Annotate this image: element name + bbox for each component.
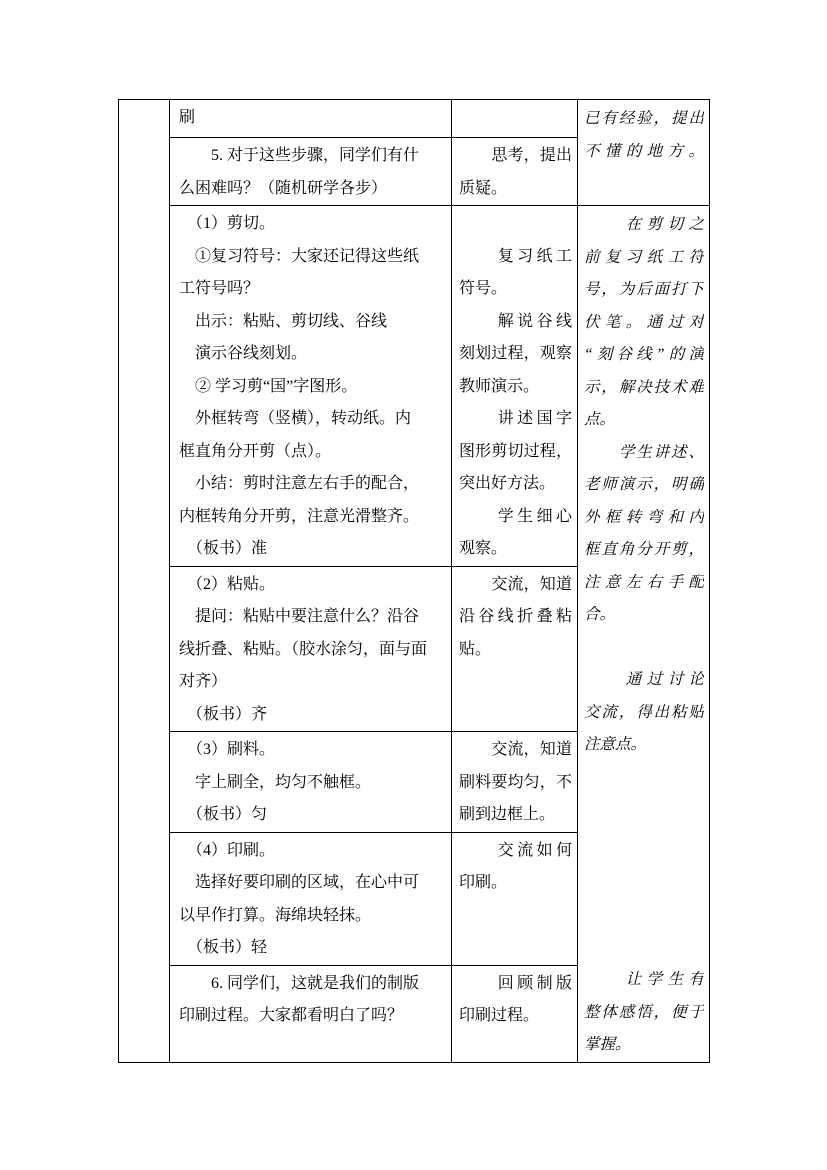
design-intent-main-container: 在剪切之前复习纸工符号，为后面打下伏笔。通过对“刻谷线”的演示，解决技术难点。 … [578,206,709,1052]
cell-student-row7: 回顾制版印刷过程。 [452,965,578,1062]
teaching-row2-text: 5. 对于这些步骤，同学们有什么困难吗？（随机研学各步） [170,138,451,205]
cell-student-row5: 交流，知道刷料要均匀，不刷到边框上。 [452,732,578,833]
cell-teaching-row1: 刷 [170,100,452,138]
cell-teaching-row5: （3）刷料。 字上刷全，均匀不触框。 （板书）匀 [170,732,452,833]
design-intent-bottom-text: 让学生有整体感悟，便于掌握。 [578,961,709,1062]
document-page: 刷 已有经验，提出不懂的地方。 5. 对于这些步骤，同学们有什么困难吗？（随机研… [0,0,827,1170]
student-row3-text: 复习纸工符号。 解说谷线刻划过程，观察教师演示。 讲述国字图形剪切过程，突出好方… [452,206,577,566]
lesson-plan-table: 刷 已有经验，提出不懂的地方。 5. 对于这些步骤，同学们有什么困难吗？（随机研… [118,99,710,1063]
cell-left-margin-column [119,100,170,1063]
cell-student-row1 [452,100,578,138]
cell-design-intent-main: 在剪切之前复习纸工符号，为后面打下伏笔。通过对“刻谷线”的演示，解决技术难点。 … [578,206,710,1063]
student-row6-text: 交流如何印刷。 [452,833,577,900]
cell-student-row4: 交流，知道沿谷线折叠粘贴。 [452,566,578,732]
cell-design-intent-top: 已有经验，提出不懂的地方。 [578,100,710,206]
student-row4-text: 交流，知道沿谷线折叠粘贴。 [452,567,577,667]
teaching-row6-text: （4）印刷。 选择好要印刷的区域，在心中可以早作打算。海绵块轻抹。 （板书）轻 [170,833,451,965]
teaching-row3-text: （1）剪切。 ①复习符号：大家还记得这些纸工符号吗？ 出示：粘贴、剪切线、谷线 … [170,206,451,566]
cell-teaching-row7: 6. 同学们，这就是我们的制版印刷过程。大家都看明白了吗？ [170,965,452,1062]
cell-teaching-row4: （2）粘贴。 提问：粘贴中要注意什么？沿谷线折叠、粘贴。（胶水涂匀，面与面对齐）… [170,566,452,732]
cell-teaching-row2: 5. 对于这些步骤，同学们有什么困难吗？（随机研学各步） [170,138,452,206]
student-row2-text: 思考，提出质疑。 [452,138,577,205]
cell-teaching-row3: （1）剪切。 ①复习符号：大家还记得这些纸工符号吗？ 出示：粘贴、剪切线、谷线 … [170,206,452,567]
student-row7-text: 回顾制版印刷过程。 [452,966,577,1033]
cell-student-row2: 思考，提出质疑。 [452,138,578,206]
teaching-row7-text: 6. 同学们，这就是我们的制版印刷过程。大家都看明白了吗？ [170,966,451,1033]
student-row1-text [452,100,577,102]
teaching-row4-text: （2）粘贴。 提问：粘贴中要注意什么？沿谷线折叠、粘贴。（胶水涂匀，面与面对齐）… [170,567,451,732]
teaching-row1-text: 刷 [170,100,451,135]
design-intent-top-text: 已有经验，提出不懂的地方。 [578,100,709,168]
teaching-row5-text: （3）刷料。 字上刷全，均匀不触框。 （板书）匀 [170,732,451,832]
cell-student-row3: 复习纸工符号。 解说谷线刻划过程，观察教师演示。 讲述国字图形剪切过程，突出好方… [452,206,578,567]
cell-student-row6: 交流如何印刷。 [452,832,578,965]
cell-teaching-row6: （4）印刷。 选择好要印刷的区域，在心中可以早作打算。海绵块轻抹。 （板书）轻 [170,832,452,965]
student-row5-text: 交流，知道刷料要均匀，不刷到边框上。 [452,732,577,832]
design-intent-body-text: 在剪切之前复习纸工符号，为后面打下伏笔。通过对“刻谷线”的演示，解决技术难点。 … [578,206,709,762]
